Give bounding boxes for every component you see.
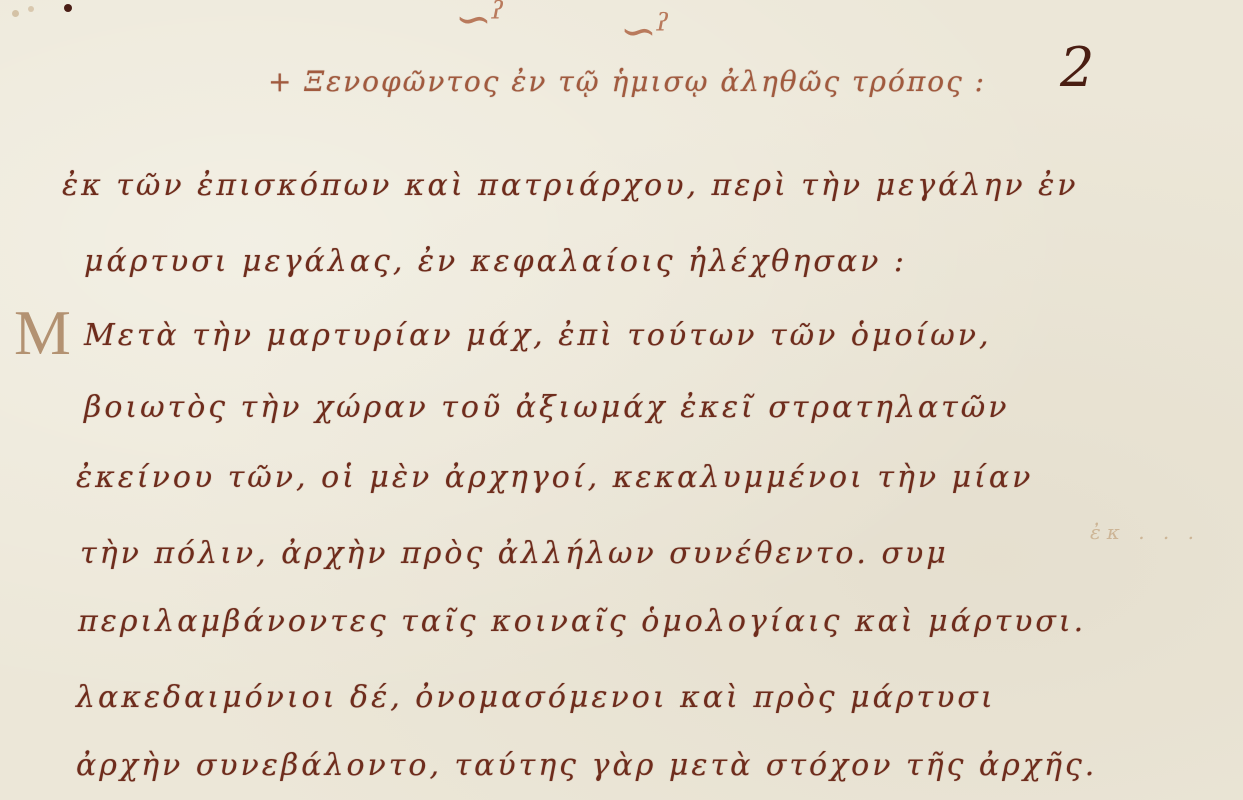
text-line-1: ἐκ τῶν ἐπισκόπων καὶ πατριάρχου, περὶ τὴ…	[62, 168, 1079, 204]
text-line-3: Μετὰ τὴν μαρτυρίαν μάχ, ἐπὶ τούτων τῶν ὁ…	[84, 318, 992, 354]
ink-speck	[28, 6, 34, 12]
manuscript-page: ∽ˀ ∽ˀ + Ξενοφῶντος ἐν τῷ ἡμισῳ ἀληθῶς τρ…	[0, 0, 1243, 800]
text-line-4: βοιωτὸς τὴν χώραν τοῦ ἀξιωμάχ ἐκεῖ στρατ…	[84, 390, 1009, 426]
ink-speck	[64, 4, 72, 12]
text-line-7: περιλαμβάνοντες ταῖς κοιναῖς ὁμολογίαις …	[78, 604, 1086, 640]
text-line-2: μάρτυσι μεγάλας, ἐν κεφαλαίοις ἠλέχθησαν…	[84, 244, 907, 280]
heading-rubric: + Ξενοφῶντος ἐν τῷ ἡμισῳ ἀληθῶς τρόπος :	[268, 64, 986, 100]
text-line-6: τὴν πόλιν, ἀρχὴν πρὸς ἀλλήλων συνέθεντο.…	[80, 536, 949, 572]
heading-flourish: ∽ˀ	[620, 6, 669, 57]
heading-flourish: ∽ˀ	[455, 0, 504, 45]
text-line-8: λακεδαιμόνιοι δέ, ὀνομασόμενοι καὶ πρὸς …	[76, 680, 996, 716]
initial-letter: M	[14, 296, 71, 370]
ink-speck	[12, 10, 19, 17]
folio-number: 2	[1060, 36, 1094, 99]
margin-faint-text: ἐκ . . .	[1090, 520, 1200, 544]
text-line-5: ἐκείνου τῶν, οἱ μὲν ἀρχηγοί, κεκαλυμμένο…	[76, 460, 1033, 496]
text-line-9: ἀρχὴν συνεβάλοντο, ταύτης γὰρ μετὰ στόχο…	[76, 748, 1097, 784]
